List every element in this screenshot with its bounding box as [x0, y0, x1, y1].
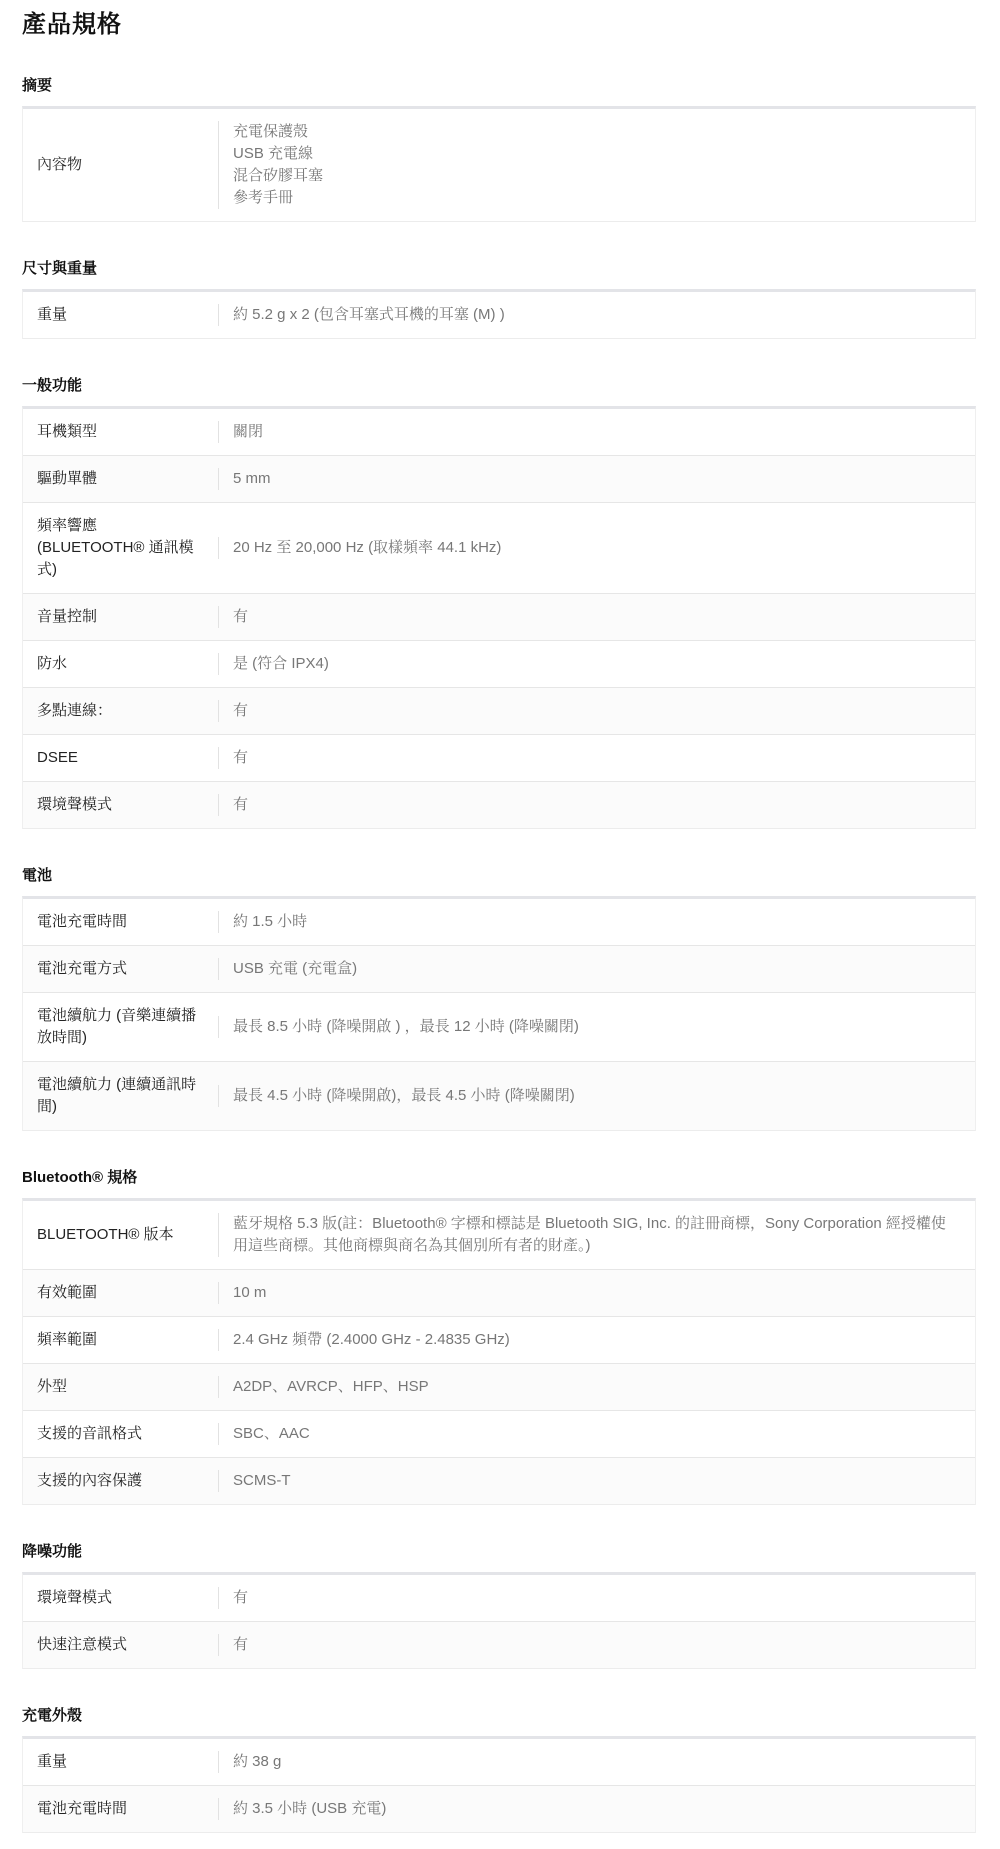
spec-label: 電池充電時間 — [23, 899, 218, 945]
spec-value-line: 5 mm — [233, 468, 271, 490]
spec-value-cell: 約 38 g — [218, 1739, 975, 1785]
spec-value: 約 3.5 小時 (USB 充電) — [218, 1798, 386, 1820]
spec-label: 音量控制 — [23, 594, 218, 640]
spec-value: 有 — [218, 606, 248, 628]
spec-value-line: 有 — [233, 606, 248, 628]
section-title: 一般功能 — [22, 376, 976, 396]
spec-value-cell: 關閉 — [218, 409, 975, 455]
spec-value-cell: 有 — [218, 1622, 975, 1668]
spec-value: 充電保護殼USB 充電線混合矽膠耳塞參考手冊 — [218, 121, 323, 209]
spec-value-cell: 20 Hz 至 20,000 Hz (取樣頻率 44.1 kHz) — [218, 503, 975, 593]
spec-label: 支援的內容保護 — [23, 1458, 218, 1504]
spec-label: 支援的音訊格式 — [23, 1411, 218, 1457]
spec-value: 有 — [218, 1634, 248, 1656]
spec-value: USB 充電 (充電盒) — [218, 958, 357, 980]
spec-row: 有效範圍 10 m — [23, 1269, 975, 1316]
spec-row: 頻率響應 (BLUETOOTH® 通訊模式) 20 Hz 至 20,000 Hz… — [23, 502, 975, 593]
spec-label: 頻率響應 (BLUETOOTH® 通訊模式) — [23, 503, 218, 593]
spec-section: 降噪功能 環境聲模式 有 快速注意模式 有 — [22, 1542, 976, 1669]
spec-value-cell: 10 m — [218, 1270, 975, 1316]
section-title: 充電外殼 — [22, 1706, 976, 1726]
spec-row: 重量 約 38 g — [23, 1739, 975, 1785]
spec-value: 10 m — [218, 1282, 266, 1304]
spec-section: 一般功能 耳機類型 關閉 驅動單體 5 mm 頻率響應 (BLUETOOTH® … — [22, 376, 976, 829]
spec-table: 內容物 充電保護殼USB 充電線混合矽膠耳塞參考手冊 — [22, 106, 976, 222]
spec-value-line: SBC、AAC — [233, 1423, 310, 1445]
spec-label: 重量 — [23, 1739, 218, 1785]
spec-value-cell: SBC、AAC — [218, 1411, 975, 1457]
spec-value-cell: 5 mm — [218, 456, 975, 502]
spec-value-line: USB 充電 (充電盒) — [233, 958, 357, 980]
spec-value-line: 有 — [233, 747, 248, 769]
spec-row: 環境聲模式 有 — [23, 781, 975, 828]
spec-row: 防水 是 (符合 IPX4) — [23, 640, 975, 687]
spec-section: 尺寸與重量 重量 約 5.2 g x 2 (包含耳塞式耳機的耳塞 (M) ) — [22, 259, 976, 339]
spec-value-line: 關閉 — [233, 421, 263, 443]
spec-row: DSEE 有 — [23, 734, 975, 781]
page-title: 產品規格 — [22, 10, 976, 40]
spec-table: 重量 約 5.2 g x 2 (包含耳塞式耳機的耳塞 (M) ) — [22, 289, 976, 339]
spec-value-line: SCMS-T — [233, 1470, 291, 1492]
spec-value: 是 (符合 IPX4) — [218, 653, 329, 675]
spec-value: 約 5.2 g x 2 (包含耳塞式耳機的耳塞 (M) ) — [218, 304, 505, 326]
spec-value-cell: 有 — [218, 594, 975, 640]
spec-value-line: 2.4 GHz 頻帶 (2.4000 GHz - 2.4835 GHz) — [233, 1329, 510, 1351]
spec-label: 驅動單體 — [23, 456, 218, 502]
spec-value-cell: 有 — [218, 688, 975, 734]
spec-label: 電池充電時間 — [23, 1786, 218, 1832]
spec-value: 最長 4.5 小時 (降噪開啟)，最長 4.5 小時 (降噪關閉) — [218, 1085, 575, 1107]
spec-value-line: 20 Hz 至 20,000 Hz (取樣頻率 44.1 kHz) — [233, 537, 501, 559]
spec-table: 重量 約 38 g 電池充電時間 約 3.5 小時 (USB 充電) — [22, 1736, 976, 1833]
spec-row: 多點連線： 有 — [23, 687, 975, 734]
spec-value-cell: USB 充電 (充電盒) — [218, 946, 975, 992]
spec-value: 藍牙規格 5.3 版(註：Bluetooth® 字標和標誌是 Bluetooth… — [218, 1213, 959, 1257]
spec-value-cell: 充電保護殼USB 充電線混合矽膠耳塞參考手冊 — [218, 109, 975, 221]
spec-value: 2.4 GHz 頻帶 (2.4000 GHz - 2.4835 GHz) — [218, 1329, 510, 1351]
spec-section: Bluetooth® 規格 BLUETOOTH® 版本 藍牙規格 5.3 版(註… — [22, 1168, 976, 1505]
spec-value-cell: 有 — [218, 1575, 975, 1621]
spec-section: 摘要 內容物 充電保護殼USB 充電線混合矽膠耳塞參考手冊 — [22, 76, 976, 222]
spec-value-cell: A2DP、AVRCP、HFP、HSP — [218, 1364, 975, 1410]
spec-value-cell: 有 — [218, 735, 975, 781]
spec-value-line: 約 3.5 小時 (USB 充電) — [233, 1798, 386, 1820]
spec-label: 電池充電方式 — [23, 946, 218, 992]
spec-row: 電池充電時間 約 3.5 小時 (USB 充電) — [23, 1785, 975, 1832]
spec-value: 約 1.5 小時 — [218, 911, 307, 933]
spec-value-line: 最長 4.5 小時 (降噪開啟)，最長 4.5 小時 (降噪關閉) — [233, 1085, 575, 1107]
spec-label: 多點連線： — [23, 688, 218, 734]
spec-row: 重量 約 5.2 g x 2 (包含耳塞式耳機的耳塞 (M) ) — [23, 292, 975, 338]
spec-value-cell: 約 5.2 g x 2 (包含耳塞式耳機的耳塞 (M) ) — [218, 292, 975, 338]
spec-value-line: 約 1.5 小時 — [233, 911, 307, 933]
spec-row: 電池充電時間 約 1.5 小時 — [23, 899, 975, 945]
spec-label: 電池續航力 (連續通訊時間) — [23, 1062, 218, 1130]
spec-value: 最長 8.5 小時 (降噪開啟 ) ，最長 12 小時 (降噪關閉) — [218, 1016, 579, 1038]
spec-value-line: USB 充電線 — [233, 143, 323, 165]
spec-label: 頻率範圍 — [23, 1317, 218, 1363]
spec-label: 電池續航力 (音樂連續播放時間) — [23, 993, 218, 1061]
section-title: 降噪功能 — [22, 1542, 976, 1562]
spec-value-cell: 約 1.5 小時 — [218, 899, 975, 945]
spec-value-line: A2DP、AVRCP、HFP、HSP — [233, 1376, 429, 1398]
spec-value-line: 最長 8.5 小時 (降噪開啟 ) ，最長 12 小時 (降噪關閉) — [233, 1016, 579, 1038]
spec-label: 環境聲模式 — [23, 1575, 218, 1621]
spec-value-line: 充電保護殼 — [233, 121, 323, 143]
spec-label: 外型 — [23, 1364, 218, 1410]
spec-value-line: 10 m — [233, 1282, 266, 1304]
spec-value-line: 約 5.2 g x 2 (包含耳塞式耳機的耳塞 (M) ) — [233, 304, 505, 326]
spec-value: 關閉 — [218, 421, 263, 443]
spec-value: 有 — [218, 747, 248, 769]
spec-value-line: 參考手冊 — [233, 187, 323, 209]
spec-row: 外型 A2DP、AVRCP、HFP、HSP — [23, 1363, 975, 1410]
spec-value-line: 混合矽膠耳塞 — [233, 165, 323, 187]
spec-value-line: 藍牙規格 5.3 版(註：Bluetooth® 字標和標誌是 Bluetooth… — [233, 1213, 959, 1257]
spec-row: 電池續航力 (連續通訊時間) 最長 4.5 小時 (降噪開啟)，最長 4.5 小… — [23, 1061, 975, 1130]
section-title: Bluetooth® 規格 — [22, 1168, 976, 1188]
spec-value-line: 有 — [233, 1587, 248, 1609]
section-title: 尺寸與重量 — [22, 259, 976, 279]
spec-value-line: 約 38 g — [233, 1751, 281, 1773]
spec-row: 內容物 充電保護殼USB 充電線混合矽膠耳塞參考手冊 — [23, 109, 975, 221]
spec-page: 產品規格 摘要 內容物 充電保護殼USB 充電線混合矽膠耳塞參考手冊 尺寸與重量… — [0, 0, 1000, 1849]
spec-row: BLUETOOTH® 版本 藍牙規格 5.3 版(註：Bluetooth® 字標… — [23, 1201, 975, 1269]
spec-value-line: 有 — [233, 1634, 248, 1656]
spec-label: BLUETOOTH® 版本 — [23, 1201, 218, 1269]
spec-label: 有效範圍 — [23, 1270, 218, 1316]
spec-value-cell: 有 — [218, 782, 975, 828]
spec-value: SCMS-T — [218, 1470, 291, 1492]
spec-row: 支援的音訊格式 SBC、AAC — [23, 1410, 975, 1457]
spec-row: 電池續航力 (音樂連續播放時間) 最長 8.5 小時 (降噪開啟 ) ，最長 1… — [23, 992, 975, 1061]
spec-value-cell: 藍牙規格 5.3 版(註：Bluetooth® 字標和標誌是 Bluetooth… — [218, 1201, 975, 1269]
spec-row: 音量控制 有 — [23, 593, 975, 640]
spec-label: 內容物 — [23, 109, 218, 221]
spec-label: 快速注意模式 — [23, 1622, 218, 1668]
spec-value-cell: 最長 4.5 小時 (降噪開啟)，最長 4.5 小時 (降噪關閉) — [218, 1062, 975, 1130]
section-title: 電池 — [22, 866, 976, 886]
spec-label: 防水 — [23, 641, 218, 687]
spec-value-cell: 最長 8.5 小時 (降噪開啟 ) ，最長 12 小時 (降噪關閉) — [218, 993, 975, 1061]
spec-value-cell: SCMS-T — [218, 1458, 975, 1504]
spec-value-line: 有 — [233, 794, 248, 816]
spec-value-cell: 是 (符合 IPX4) — [218, 641, 975, 687]
spec-table: 環境聲模式 有 快速注意模式 有 — [22, 1572, 976, 1669]
spec-row: 支援的內容保護 SCMS-T — [23, 1457, 975, 1504]
spec-value-cell: 2.4 GHz 頻帶 (2.4000 GHz - 2.4835 GHz) — [218, 1317, 975, 1363]
spec-table: BLUETOOTH® 版本 藍牙規格 5.3 版(註：Bluetooth® 字標… — [22, 1198, 976, 1505]
spec-row: 快速注意模式 有 — [23, 1621, 975, 1668]
spec-value: 有 — [218, 794, 248, 816]
spec-section: 充電外殼 重量 約 38 g 電池充電時間 約 3.5 小時 (USB 充電) — [22, 1706, 976, 1833]
section-title: 摘要 — [22, 76, 976, 96]
spec-value-line: 是 (符合 IPX4) — [233, 653, 329, 675]
spec-label: 耳機類型 — [23, 409, 218, 455]
spec-value-cell: 約 3.5 小時 (USB 充電) — [218, 1786, 975, 1832]
spec-sections: 摘要 內容物 充電保護殼USB 充電線混合矽膠耳塞參考手冊 尺寸與重量 重量 約… — [22, 76, 976, 1833]
spec-label: 重量 — [23, 292, 218, 338]
spec-table: 耳機類型 關閉 驅動單體 5 mm 頻率響應 (BLUETOOTH® 通訊模式)… — [22, 406, 976, 829]
spec-row: 環境聲模式 有 — [23, 1575, 975, 1621]
spec-value: 有 — [218, 700, 248, 722]
spec-value: SBC、AAC — [218, 1423, 310, 1445]
spec-row: 驅動單體 5 mm — [23, 455, 975, 502]
spec-label: DSEE — [23, 735, 218, 781]
spec-value: 5 mm — [218, 468, 271, 490]
spec-value: 有 — [218, 1587, 248, 1609]
spec-table: 電池充電時間 約 1.5 小時 電池充電方式 USB 充電 (充電盒) 電池續航… — [22, 896, 976, 1131]
spec-row: 耳機類型 關閉 — [23, 409, 975, 455]
spec-row: 電池充電方式 USB 充電 (充電盒) — [23, 945, 975, 992]
spec-value: 20 Hz 至 20,000 Hz (取樣頻率 44.1 kHz) — [218, 537, 501, 559]
spec-row: 頻率範圍 2.4 GHz 頻帶 (2.4000 GHz - 2.4835 GHz… — [23, 1316, 975, 1363]
spec-value: 約 38 g — [218, 1751, 281, 1773]
spec-value-line: 有 — [233, 700, 248, 722]
spec-value: A2DP、AVRCP、HFP、HSP — [218, 1376, 429, 1398]
spec-label: 環境聲模式 — [23, 782, 218, 828]
spec-section: 電池 電池充電時間 約 1.5 小時 電池充電方式 USB 充電 (充電盒) 電… — [22, 866, 976, 1131]
